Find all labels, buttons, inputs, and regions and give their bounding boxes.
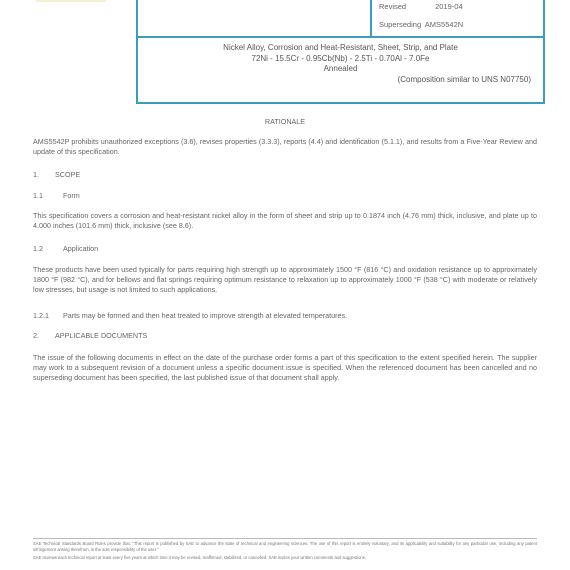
section-2-heading: 2.APPLICABLE DOCUMENTS: [33, 331, 147, 341]
revised-label: Revised: [379, 2, 433, 11]
section-1-1-heading: 1.1Form: [33, 191, 80, 201]
section-title: Form: [63, 191, 80, 200]
rationale-text: AMS5542P prohibits unauthorized exceptio…: [33, 137, 537, 157]
document-header-box: Revised 2019-04 Superseding AMS5542N Nic…: [136, 0, 545, 104]
section-1-2-text: These products have been used typically …: [33, 265, 537, 295]
section-1-1-text-block: This specification covers a corrosion an…: [33, 211, 537, 231]
rationale-heading: RATIONALE: [33, 117, 537, 127]
logo-fragment: [36, 0, 106, 2]
superseding-row: Superseding AMS5542N: [379, 20, 463, 29]
section-1-2-text-block: These products have been used typically …: [33, 265, 537, 295]
section-1-heading: 1.SCOPE: [33, 170, 80, 180]
section-title: SCOPE: [55, 170, 80, 179]
section-number: 1.1: [33, 191, 63, 201]
superseding-label: Superseding: [379, 20, 421, 29]
superseding-value: AMS5542N: [425, 20, 463, 29]
section-number: 2.: [33, 331, 55, 341]
composition-note: (Composition similar to UNS N07750): [138, 75, 543, 86]
footer-divider: [33, 538, 537, 539]
footer-paragraph-1: SAE Technical Standards Board Rules prov…: [33, 541, 537, 552]
section-1-2-1-heading: 1.2.1Parts may be formed and then heat t…: [33, 311, 347, 321]
revised-row: Revised 2019-04: [379, 2, 463, 11]
section-title: Application: [63, 244, 98, 253]
rationale-text-block: AMS5542P prohibits unauthorized exceptio…: [33, 137, 537, 157]
section-1-2-1-text: Parts may be formed and then heat treate…: [63, 311, 347, 320]
footer-notice: SAE Technical Standards Board Rules prov…: [33, 541, 537, 564]
section-2-text: The issue of the following documents in …: [33, 353, 537, 383]
footer-paragraph-2: SAE reviews each technical report at lea…: [33, 555, 537, 561]
title-line-3: Annealed: [138, 64, 543, 75]
header-meta-cell: Revised 2019-04 Superseding AMS5542N: [370, 0, 543, 36]
section-number: 1.2: [33, 244, 63, 254]
section-1-2-heading: 1.2Application: [33, 244, 98, 254]
section-2-text-block: The issue of the following documents in …: [33, 353, 537, 383]
document-title: Nickel Alloy, Corrosion and Heat-Resista…: [138, 38, 543, 102]
section-title: APPLICABLE DOCUMENTS: [55, 331, 147, 340]
title-line-2: 72Ni - 15.5Cr - 0.95Cb(Nb) - 2.5Ti - 0.7…: [138, 54, 543, 65]
section-1-1-text: This specification covers a corrosion an…: [33, 211, 537, 231]
section-number: 1.2.1: [33, 311, 63, 321]
revised-value: 2019-04: [435, 2, 463, 11]
header-top-row: Revised 2019-04 Superseding AMS5542N: [138, 0, 543, 38]
title-line-1: Nickel Alloy, Corrosion and Heat-Resista…: [138, 43, 543, 54]
section-number: 1.: [33, 170, 55, 180]
